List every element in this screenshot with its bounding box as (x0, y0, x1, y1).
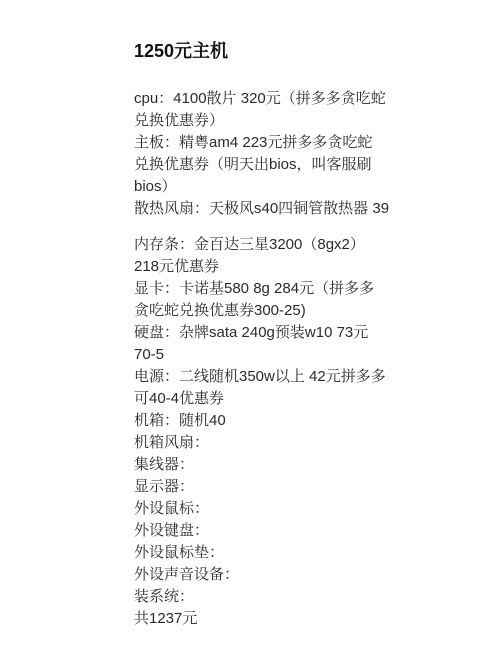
note-title: 1250元主机 (134, 38, 444, 64)
note-line-case-fan: 机箱风扇： (134, 432, 444, 454)
note-body: cpu：4100散片 320元（拼多多贪吃蛇 兑换优惠券） 主板：精粤am4 2… (134, 88, 444, 630)
note-line-mousepad: 外设鼠标垫： (134, 542, 444, 564)
note-line-ram: 内存条：金百达三星3200（8gx2） (134, 234, 444, 256)
blank-line (134, 220, 444, 234)
note-line-motherboard: 主板：精粤am4 223元拼多多贪吃蛇 (134, 132, 444, 154)
note-line-case: 机箱：随机40 (134, 410, 444, 432)
note-line-keyboard: 外设键盘： (134, 520, 444, 542)
note-line-ram-cont: 218元优惠券 (134, 256, 444, 278)
note-line-gpu-cont: 贪吃蛇兑换优惠券300-25) (134, 300, 444, 322)
note-line-os: 装系统： (134, 586, 444, 608)
note-line-cooler: 散热风扇：天极风s40四铜管散热器 39 (134, 198, 444, 220)
note-line-psu-cont: 可40-4优惠券 (134, 388, 444, 410)
note-line-motherboard-cont: 兑换优惠券（明天出bios，叫客服刷 (134, 154, 444, 176)
note-page: 1250元主机 cpu：4100散片 320元（拼多多贪吃蛇 兑换优惠券） 主板… (134, 38, 444, 630)
note-line-motherboard-cont2: bios） (134, 176, 444, 198)
note-line-disk-cont: 70-5 (134, 344, 444, 366)
note-line-mouse: 外设鼠标： (134, 498, 444, 520)
note-line-disk: 硬盘：杂牌sata 240g预装w10 73元 (134, 322, 444, 344)
note-line-audio: 外设声音设备： (134, 564, 444, 586)
note-line-cpu: cpu：4100散片 320元（拼多多贪吃蛇 (134, 88, 444, 110)
note-line-cpu-cont: 兑换优惠券） (134, 110, 444, 132)
note-line-psu: 电源：二线随机350w以上 42元拼多多 (134, 366, 444, 388)
note-line-gpu: 显卡：卡诺基580 8g 284元（拼多多 (134, 278, 444, 300)
note-line-hub: 集线器： (134, 454, 444, 476)
note-line-total: 共1237元 (134, 608, 444, 630)
note-line-monitor: 显示器： (134, 476, 444, 498)
